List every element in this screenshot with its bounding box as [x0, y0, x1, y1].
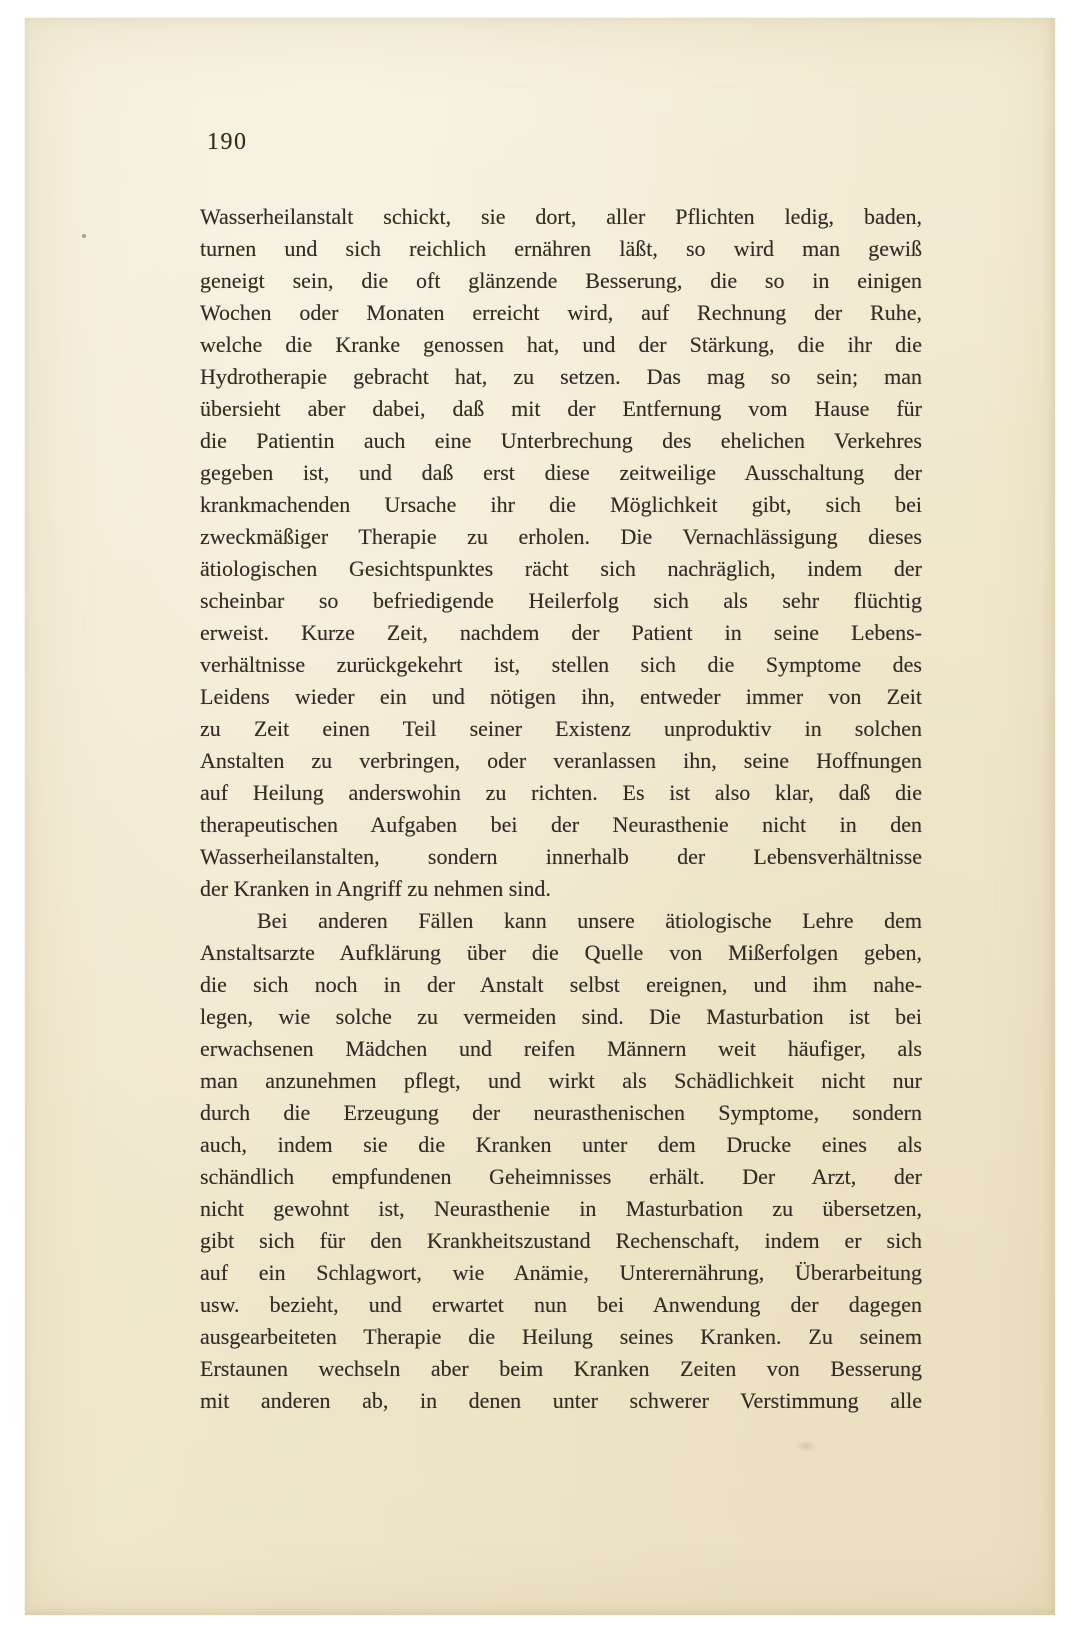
text-line: der Kranken in Angriff zu nehmen sind. [200, 873, 922, 905]
book-page: 190 Wasserheilanstalt schickt, sie dort,… [25, 18, 1055, 1615]
scan-smudge [795, 1440, 817, 1452]
scan-speck [82, 234, 86, 238]
text-line: Wasserheilanstalten, sondern innerhalb d… [200, 841, 922, 873]
text-line: auf ein Schlagwort, wie Anämie, Unterern… [200, 1257, 922, 1289]
text-line: Anstalten zu verbringen, oder veranlasse… [200, 745, 922, 777]
text-line: man anzunehmen pflegt, und wirkt als Sch… [200, 1065, 922, 1097]
text-line: welche die Kranke genossen hat, und der … [200, 329, 922, 361]
text-line: durch die Erzeugung der neurasthenischen… [200, 1097, 922, 1129]
text-line: geneigt sein, die oft glänzende Besserun… [200, 265, 922, 297]
text-line: therapeutischen Aufgaben bei der Neurast… [200, 809, 922, 841]
text-line: Hydrotherapie gebracht hat, zu setzen. D… [200, 361, 922, 393]
text-line: Anstaltsarzte Aufklärung über die Quelle… [200, 937, 922, 969]
text-line: Leidens wieder ein und nötigen ihn, entw… [200, 681, 922, 713]
text-line: Wasserheilanstalt schickt, sie dort, all… [200, 201, 922, 233]
text-line: verhältnisse zurückgekehrt ist, stellen … [200, 649, 922, 681]
text-line: scheinbar so befriedigende Heilerfolg si… [200, 585, 922, 617]
text-line: ätiologischen Gesichtspunktes rächt sich… [200, 553, 922, 585]
text-line: legen, wie solche zu vermeiden sind. Die… [200, 1001, 922, 1033]
text-line: krankmachenden Ursache ihr die Möglichke… [200, 489, 922, 521]
body-text-block: Wasserheilanstalt schickt, sie dort, all… [200, 201, 922, 1417]
text-line: nicht gewohnt ist, Neurasthenie in Mastu… [200, 1193, 922, 1225]
text-line: mit anderen ab, in denen unter schwerer … [200, 1385, 922, 1417]
text-line: die Patientin auch eine Unterbrechung de… [200, 425, 922, 457]
page-number: 190 [207, 128, 248, 156]
text-line: auch, indem sie die Kranken unter dem Dr… [200, 1129, 922, 1161]
text-line: zu Zeit einen Teil seiner Existenz unpro… [200, 713, 922, 745]
text-line: turnen und sich reichlich ernähren läßt,… [200, 233, 922, 265]
text-line: auf Heilung anderswohin zu richten. Es i… [200, 777, 922, 809]
text-line: die sich noch in der Anstalt selbst erei… [200, 969, 922, 1001]
text-line: gegeben ist, und daß erst diese zeitweil… [200, 457, 922, 489]
text-line: erwachsenen Mädchen und reifen Männern w… [200, 1033, 922, 1065]
text-line: ausgearbeiteten Therapie die Heilung sei… [200, 1321, 922, 1353]
text-line: Erstaunen wechseln aber beim Kranken Zei… [200, 1353, 922, 1385]
text-line: schändlich empfundenen Geheimnisses erhä… [200, 1161, 922, 1193]
text-line: gibt sich für den Krankheitszustand Rech… [200, 1225, 922, 1257]
text-line: usw. bezieht, und erwartet nun bei Anwen… [200, 1289, 922, 1321]
text-line: zweckmäßiger Therapie zu erholen. Die Ve… [200, 521, 922, 553]
text-line: Wochen oder Monaten erreicht wird, auf R… [200, 297, 922, 329]
scan-frame: 190 Wasserheilanstalt schickt, sie dort,… [0, 0, 1079, 1641]
text-line: erweist. Kurze Zeit, nachdem der Patient… [200, 617, 922, 649]
text-line: übersieht aber dabei, daß mit der Entfer… [200, 393, 922, 425]
text-line: Bei anderen Fällen kann unsere ätiologis… [200, 905, 922, 937]
